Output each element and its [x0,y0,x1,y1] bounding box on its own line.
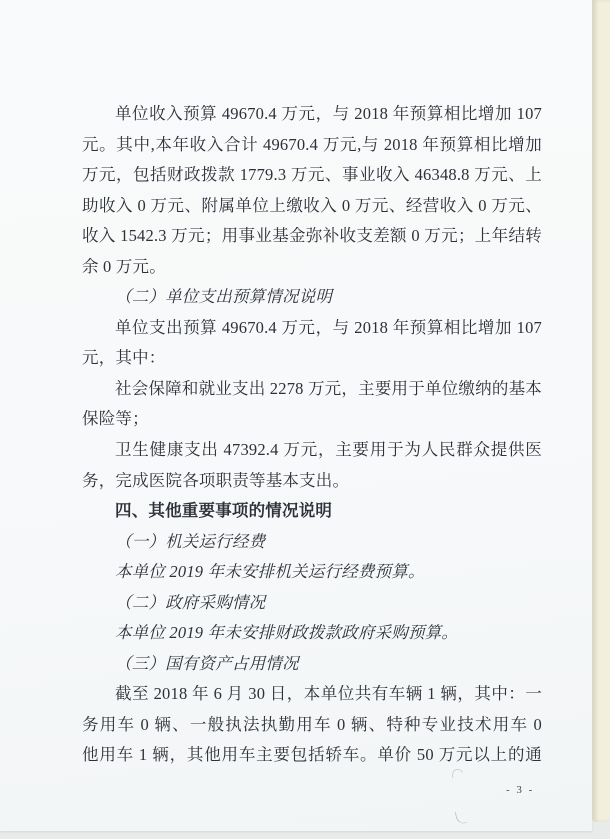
body-text-line: 单位收入预算 49670.4 万元，与 2018 年预算相比增加 1074.5 … [82,99,542,130]
body-text-line: 卫生健康支出 47392.4 万元，主要用于为人民群众提供医疗服 [82,435,542,466]
heading-line: （三）国有资产占用情况 [82,649,542,680]
body-text-line: 保险等； [82,404,542,435]
scan-page-edge [592,0,610,822]
body-text-line: 他用车 1 辆，其他用车主要包括轿车。单价 50 万元以上的通用设备 [82,740,542,771]
body-text-line: 元，其中： [82,343,542,374]
document-body: 单位收入预算 49670.4 万元，与 2018 年预算相比增加 1074.5 … [82,99,542,771]
body-text-line: 截至 2018 年 6 月 30 日，本单位共有车辆 1 辆，其中：一般公 [82,679,542,710]
body-text-line: 务，完成医院各项职责等基本支出。 [82,466,542,497]
body-text-line: 余 0 万元。 [82,252,542,283]
scanned-paper-page: 单位收入预算 49670.4 万元，与 2018 年预算相比增加 1074.5 … [0,0,592,831]
body-text-line: 务用车 0 辆、一般执法执勤用车 0 辆、特种专业技术用车 0 辆、其 [82,710,542,741]
heading-line: 本单位 2019 年未安排财政拨款政府采购预算。 [82,618,542,649]
scan-smudge-mark [455,810,467,825]
heading-line: （一）机关运行经费 [82,527,542,558]
body-text-line: 元。其中,本年收入合计 49670.4 万元,与 2018 年预算相比增加 10… [82,130,542,161]
page-number: - 3 - [506,784,534,796]
heading-line: 本单位 2019 年未安排机关运行经费预算。 [82,557,542,588]
heading-line: 四、其他重要事项的情况说明 [82,496,542,527]
body-text-line: 万元，包括财政拨款 1779.3 万元、事业收入 46348.8 万元、上级补 [82,160,542,191]
body-text-line: 社会保障和就业支出 2278 万元，主要用于单位缴纳的基本养老 [82,374,542,405]
body-text-line: 单位支出预算 49670.4 万元，与 2018 年预算相比增加 1074.5 … [82,313,542,344]
body-text-line: 收入 1542.3 万元；用事业基金弥补收支差额 0 万元；上年结转和结 [82,221,542,252]
body-text-line: 助收入 0 万元、附属单位上缴收入 0 万元、经营收入 0 万元、其他 [82,191,542,222]
heading-line: （二）政府采购情况 [82,588,542,619]
heading-line: （二）单位支出预算情况说明 [82,282,542,313]
